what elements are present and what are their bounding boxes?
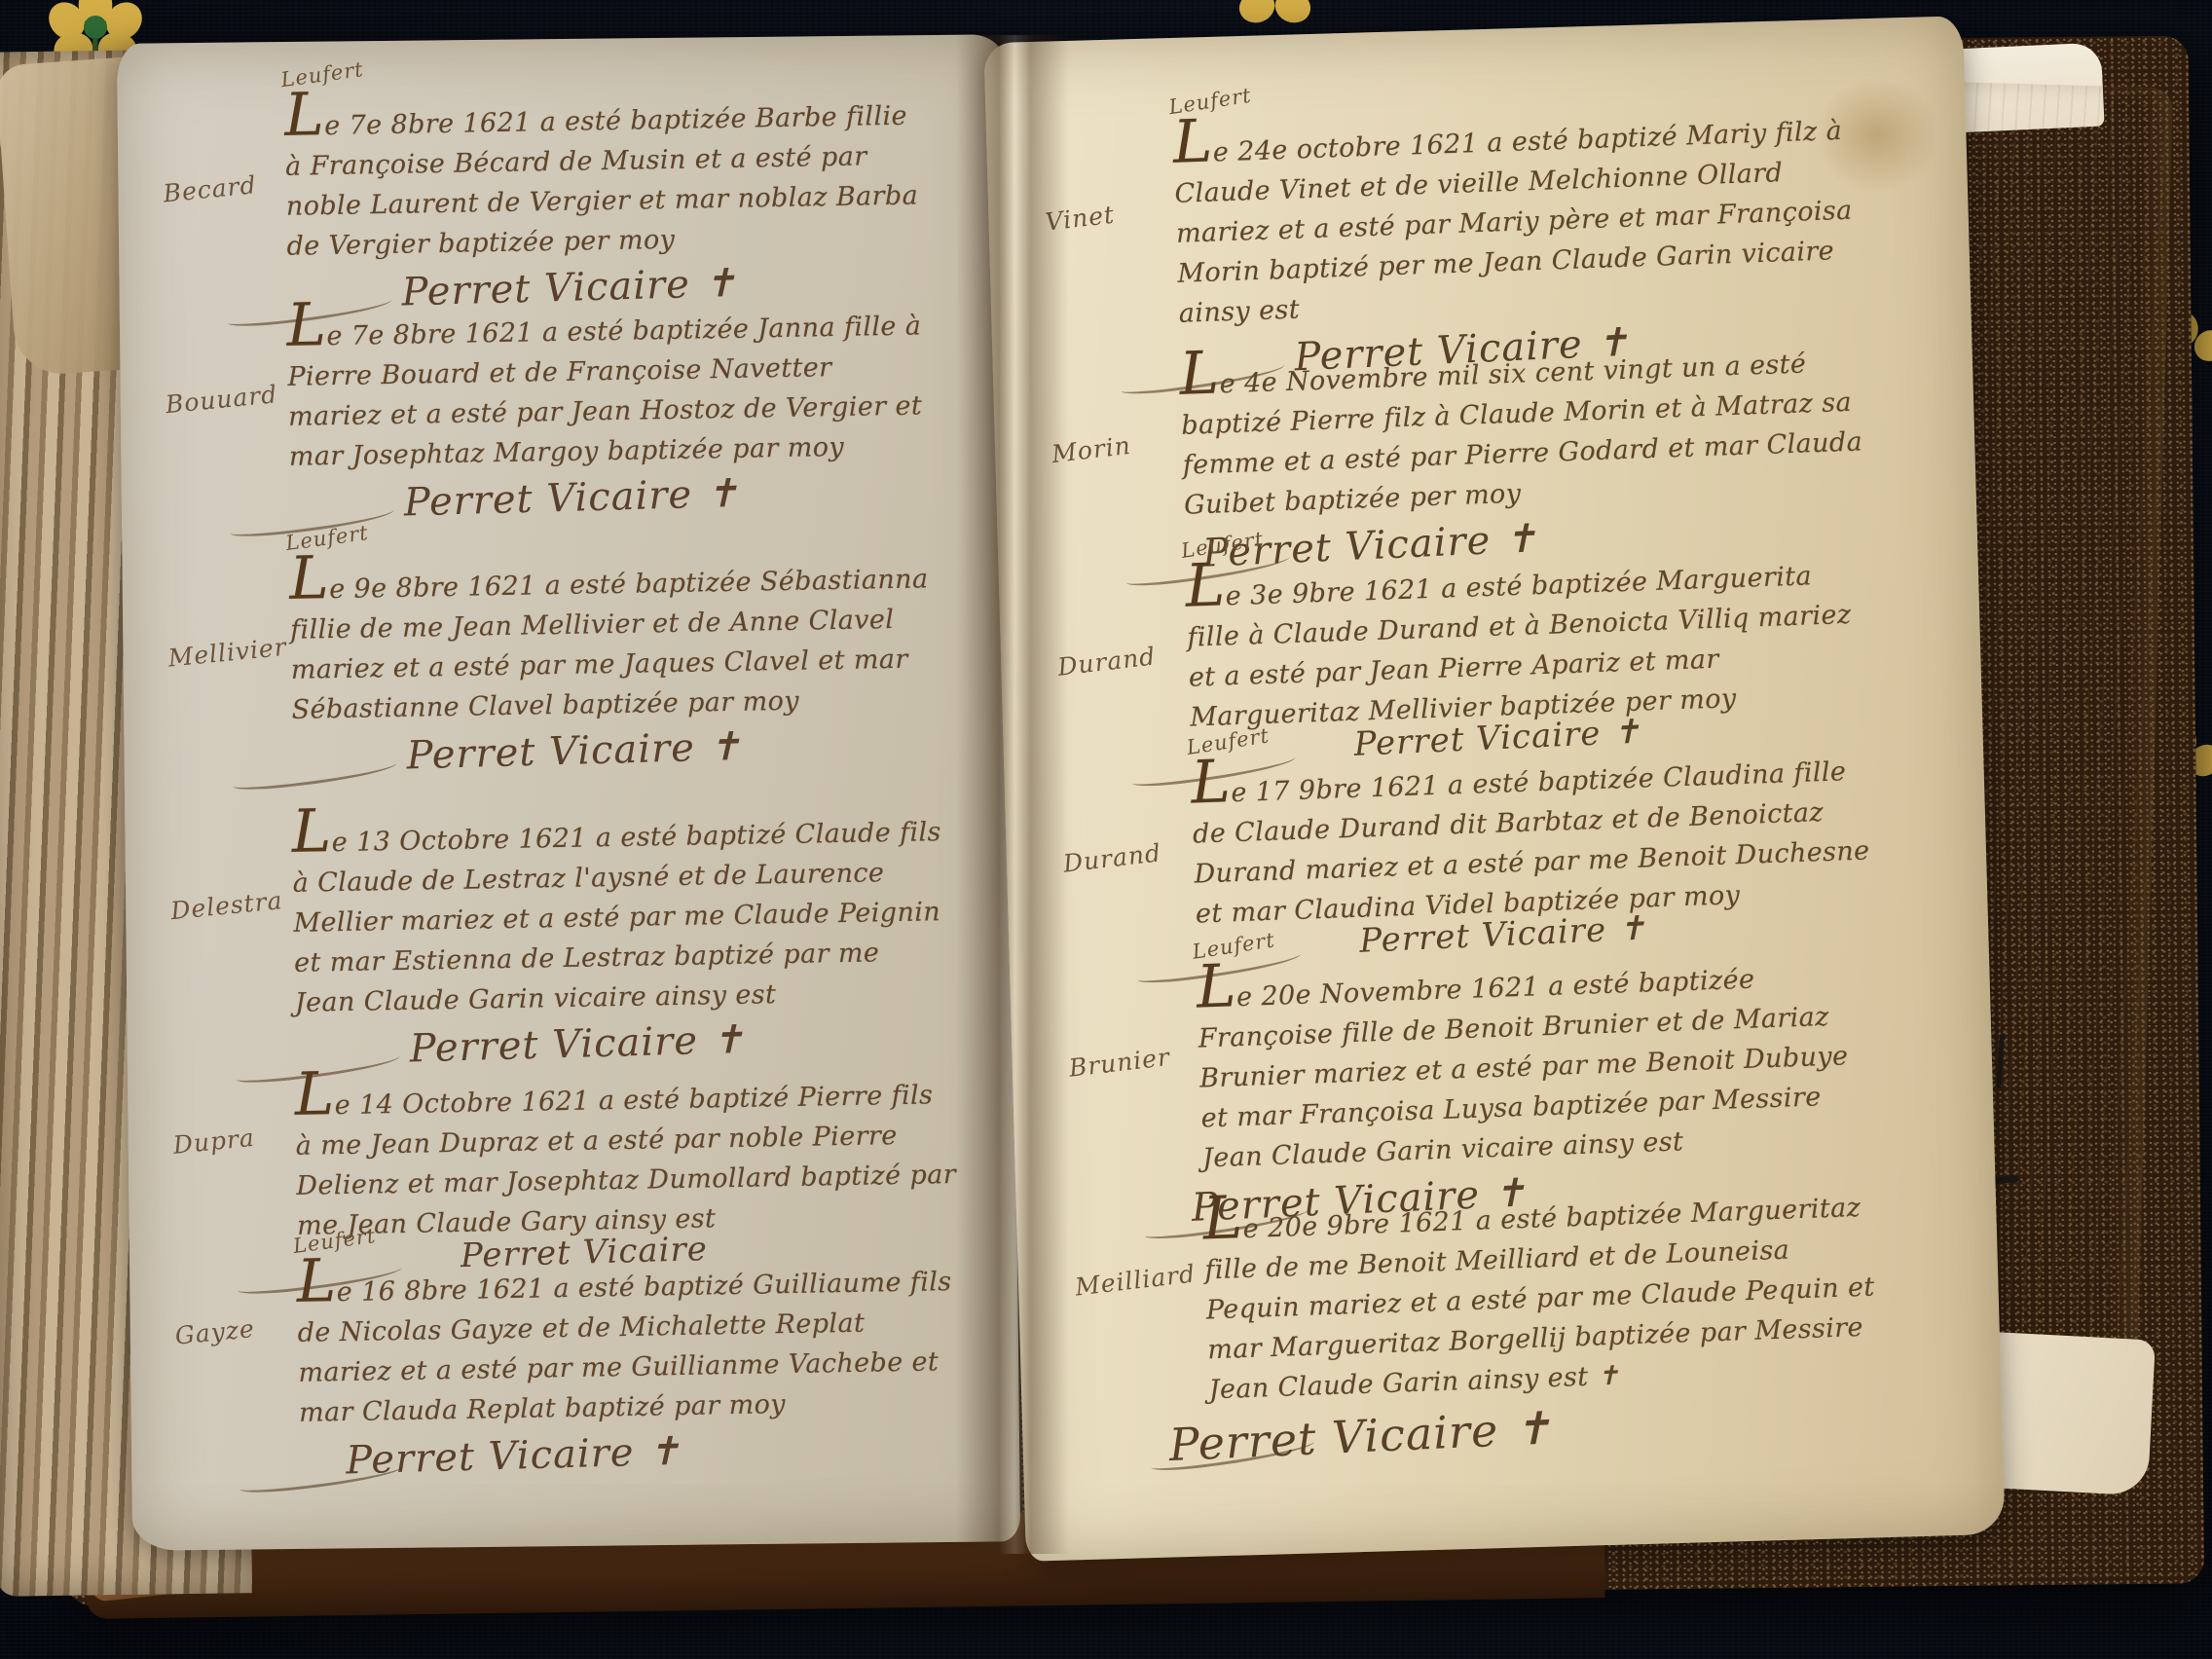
entry-text: Le 16 8bre 1621 a esté baptizé Guilliaum…	[167, 1249, 961, 1435]
entry-text: Le 7e 8bre 1621 a esté baptizée Barbe fi…	[156, 83, 920, 269]
entry-text: Le 7e 8bre 1621 a esté baptizée Janna fi…	[158, 293, 932, 479]
book-gutter-shadow	[956, 35, 1069, 1554]
entry-text: Le 20e Novembre 1621 a esté baptizée Fra…	[1067, 942, 1884, 1183]
entry-text: Le 4e Novembre mil six cent vingt un a e…	[1051, 329, 1866, 530]
photo-of-open-register: Leufert Becard Le 7e 8bre 1621 a esté ba…	[0, 0, 2212, 1659]
baptism-entry: Delestra Le 13 Octobre 1621 a esté bapti…	[164, 802, 965, 1072]
baptism-entry: Leufert Durand Le 3e 9bre 1621 a esté ba…	[1056, 545, 1861, 771]
baptism-entry: Leufert Gayze Le 16 8bre 1621 a esté bap…	[168, 1252, 969, 1482]
entry-text: Le 24e octobre 1621 a esté baptizé Mariy…	[1044, 98, 1861, 339]
baptism-entry: Leufert Mellivier Le 9e 8bre 1621 a esté…	[161, 549, 961, 779]
baptism-entry: Leufert Becard Le 7e 8bre 1621 a esté ba…	[156, 86, 956, 315]
entry-text: Le 20e 9bre 1621 a esté baptizée Marguer…	[1074, 1174, 1891, 1415]
baptism-entry: Dupra Le 14 Octobre 1621 a esté baptizé …	[166, 1065, 967, 1277]
baptism-entry: Bouuard Le 7e 8bre 1621 a esté baptizée …	[159, 296, 959, 526]
entry-text: Le 14 Octobre 1621 a esté baptizé Pierre…	[166, 1062, 959, 1248]
entry-text: Le 13 Octobre 1621 a esté baptizé Claude…	[163, 799, 947, 1025]
manuscript-page-right: Leufert Vinet Le 24e octobre 1621 a esté…	[983, 16, 2005, 1561]
baptism-entry: Meilliard Le 20e 9bre 1621 a esté baptiz…	[1075, 1177, 1880, 1468]
baptism-entry: Morin Le 4e Novembre mil six cent vingt …	[1051, 333, 1855, 576]
entry-text: Le 9e 8bre 1621 a esté baptizée Sébastia…	[161, 546, 935, 732]
manuscript-page-left: Leufert Becard Le 7e 8bre 1621 a esté ba…	[117, 34, 1020, 1550]
baptism-entry: Leufert Durand Le 17 9bre 1621 a esté ba…	[1062, 741, 1866, 967]
